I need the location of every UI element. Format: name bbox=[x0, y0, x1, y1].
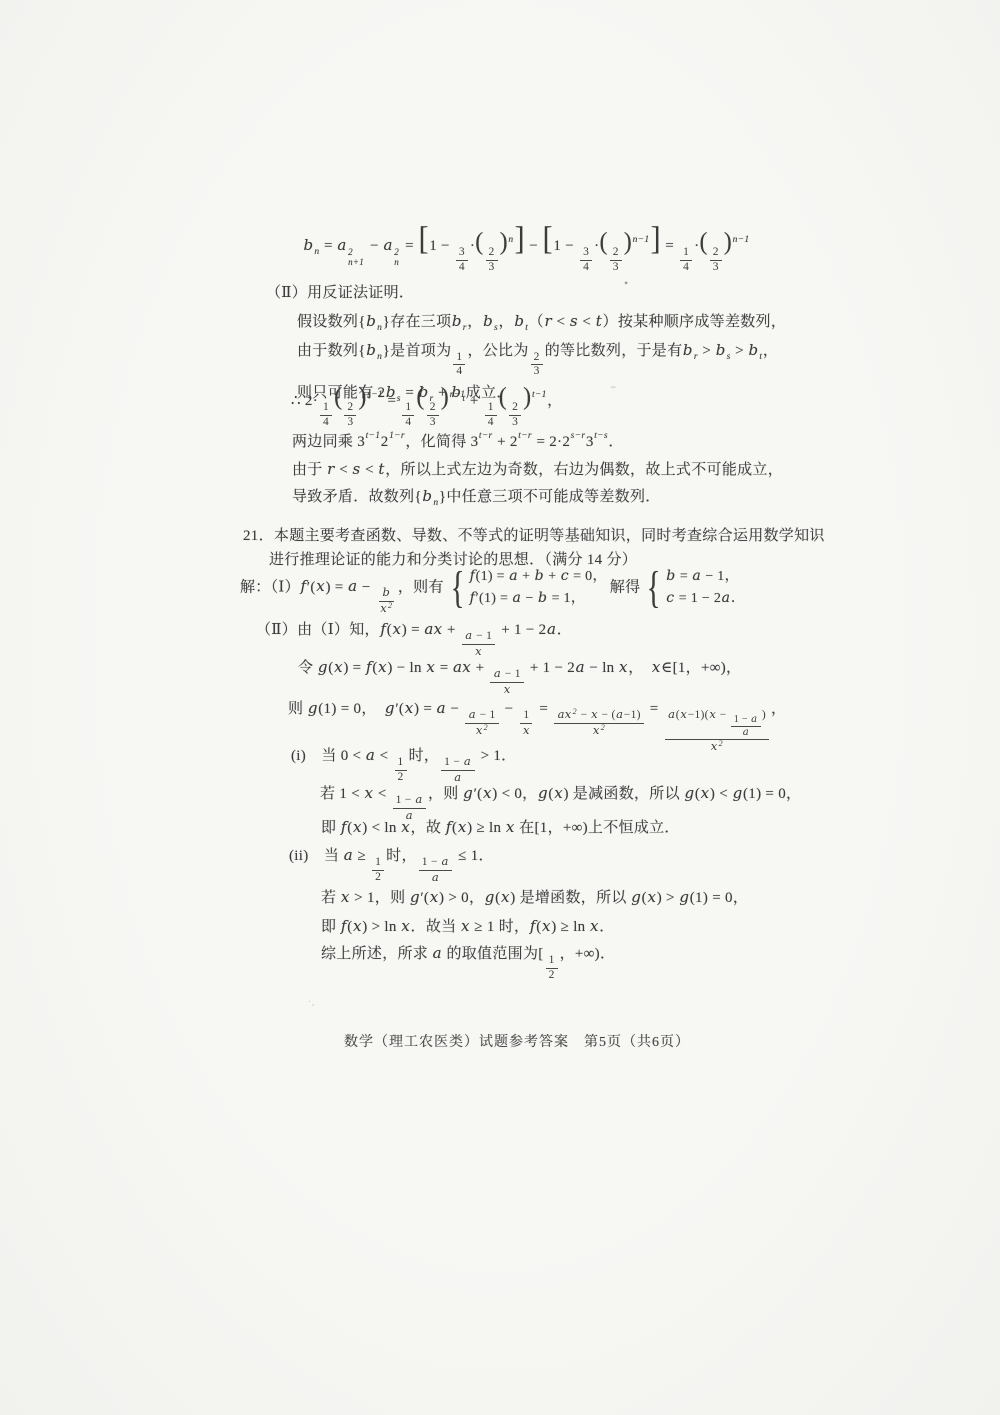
case-ii-condition: (ii) 当 a ≥ 12时，1 − aa ≤ 1． bbox=[289, 846, 494, 885]
question-21-statement: 21．本题主要考查函数、导数、不等式的证明等基础知识，同时考查综合运用数学知识进… bbox=[243, 524, 825, 572]
formula-g-definition: 令 g(x) = f(x) − ln x = ax + a − 1x + 1 −… bbox=[298, 658, 741, 697]
scanned-answer-page: bn = a2n+1 − a2n = [1 − 34·(23)n] − [1 −… bbox=[0, 0, 1000, 1415]
scan-speck-artifact: ·‚ bbox=[308, 997, 315, 1008]
paragraph-contradiction-conclusion: 由于 r < s < t，所以上式左边为奇数，右边为偶数，故上式不可能成立，导致… bbox=[292, 456, 797, 511]
final-conclusion: 综上所述，所求 a 的取值范围为[12，+∞)． bbox=[321, 944, 615, 982]
solution-part1: 解：（Ⅰ）f′(x) = a − bx2，则有{f(1) = a + b + c… bbox=[240, 566, 748, 617]
case-ii-conclusion: 即 f(x) > ln x．故当 x ≥ 1 时，f(x) ≥ ln x． bbox=[321, 917, 615, 938]
formula-bn-difference: bn = a2n+1 − a2n = [1 − 34·(23)n] − [1 −… bbox=[303, 236, 750, 274]
formula-arithmetic-mean: ∴ 2·14(23)s−1 = 14(23)r−1 + 14(23)t−1， bbox=[291, 392, 562, 429]
solution-part2-intro: （Ⅱ）由（Ⅰ）知，f(x) = ax + a − 1x + 1 − 2a． bbox=[256, 620, 572, 659]
line-multiply-simplify: 两边同乘 3t−121−r，化简得 3t−r + 2t−r = 2·2s−r3t… bbox=[292, 433, 624, 453]
case-ii-analysis: 若 x > 1，则 g′(x) > 0，g(x) 是增函数，所以 g(x) > … bbox=[321, 888, 748, 909]
heading-method-contradiction: （Ⅱ）用反证法证明． bbox=[266, 284, 414, 304]
page-footer: 数学（理工农医类）试题参考答案 第5页（共6页） bbox=[344, 1034, 690, 1052]
scan-dot-artifact: • bbox=[624, 276, 628, 291]
case-i-condition: (i) 当 0 < a < 12时，1 − aa > 1． bbox=[291, 746, 516, 785]
scan-smudge-artifact: ⁼ bbox=[610, 382, 616, 397]
case-i-conclusion: 即 f(x) < ln x，故 f(x) ≥ ln x 在[1，+∞)上不恒成立… bbox=[321, 818, 680, 839]
